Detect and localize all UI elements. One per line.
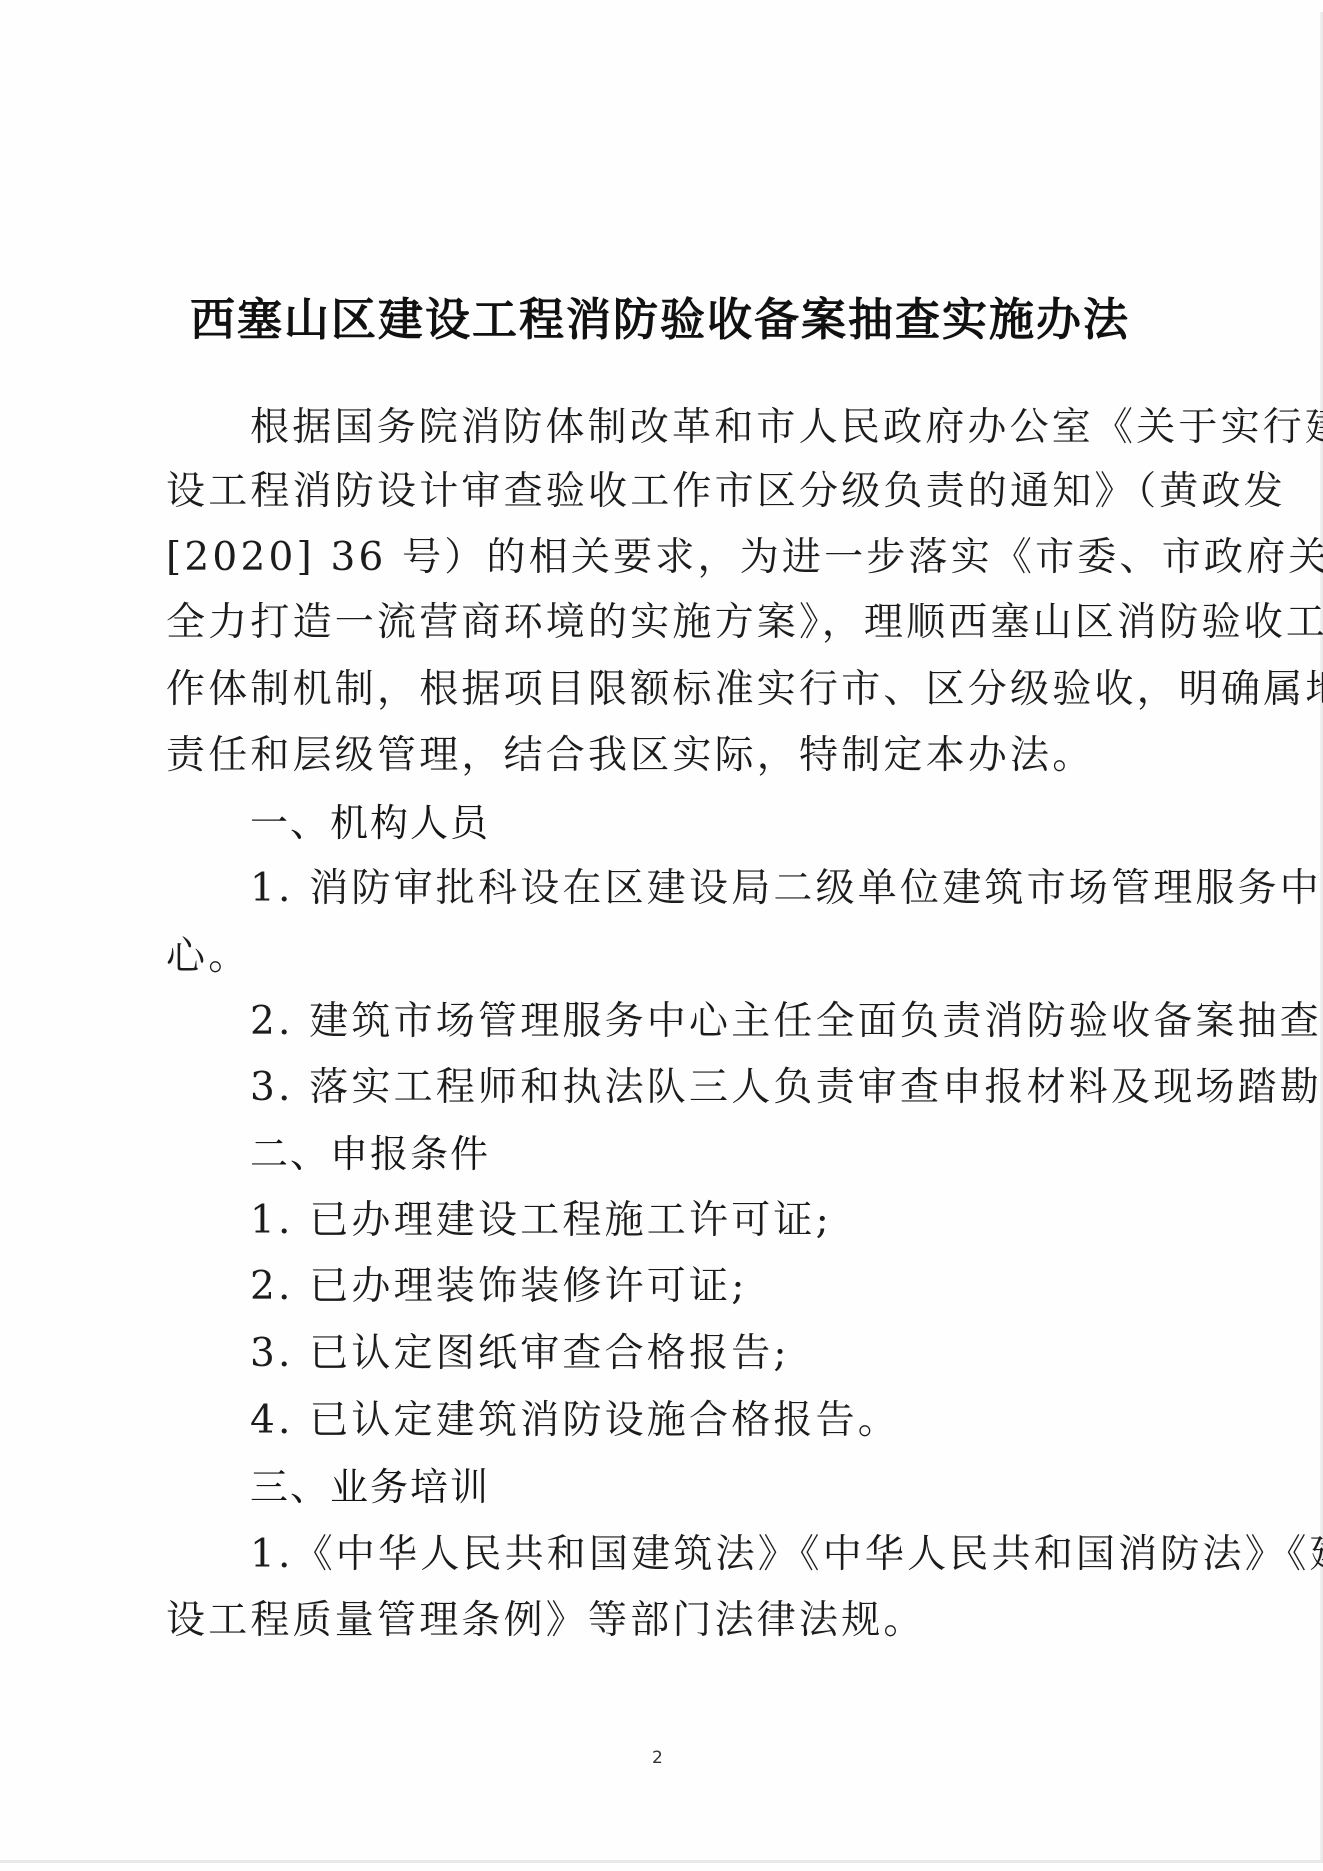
section-item-line: 4. 已认定建筑消防设施合格报告。	[250, 1395, 1240, 1447]
preamble-line: 作体制机制，根据项目限额标准实行市、区分级验收，明确属地	[166, 664, 1156, 716]
section-item-line: 2. 建筑市场管理服务中心主任全面负责消防验收备案抽查。	[250, 996, 1240, 1048]
preamble-line: 设工程消防设计审查验收工作市区分级负责的通知》（黄政发	[166, 466, 1156, 518]
section-heading: 二、申报条件	[250, 1128, 1240, 1180]
document-title: 西塞山区建设工程消防验收备案抽查实施办法	[160, 288, 1160, 352]
section-item-line: 心。	[166, 931, 1156, 983]
section-heading: 一、机构人员	[250, 797, 1240, 849]
section-heading: 三、业务培训	[250, 1461, 1240, 1513]
preamble-line: 根据国务院消防体制改革和市人民政府办公室《关于实行建	[250, 402, 1240, 454]
page-number: 2	[652, 1748, 663, 1768]
preamble-line: 责任和层级管理，结合我区实际，特制定本办法。	[166, 730, 1156, 782]
section-item-line: 1. 消防审批科设在区建设局二级单位建筑市场管理服务中	[250, 863, 1240, 915]
section-item-line: 3. 落实工程师和执法队三人负责审查申报材料及现场踏勘。	[250, 1062, 1240, 1114]
document-page: 西塞山区建设工程消防验收备案抽查实施办法 根据国务院消防体制改革和市人民政府办公…	[0, 0, 1323, 1871]
preamble-line: 全力打造一流营商环境的实施方案》，理顺西塞山区消防验收工	[166, 597, 1156, 649]
section-item-line: 1.《中华人民共和国建筑法》《中华人民共和国消防法》《建	[250, 1529, 1240, 1581]
preamble-line: [2020] 36 号）的相关要求，为进一步落实《市委、市政府关于	[166, 532, 1156, 584]
section-item-line: 设工程质量管理条例》等部门法律法规。	[166, 1595, 1156, 1647]
section-item-line: 1. 已办理建设工程施工许可证;	[250, 1195, 1240, 1247]
scan-edge-bottom	[0, 1860, 1323, 1863]
section-item-line: 3. 已认定图纸审查合格报告;	[250, 1328, 1240, 1380]
section-item-line: 2. 已办理装饰装修许可证;	[250, 1261, 1240, 1313]
